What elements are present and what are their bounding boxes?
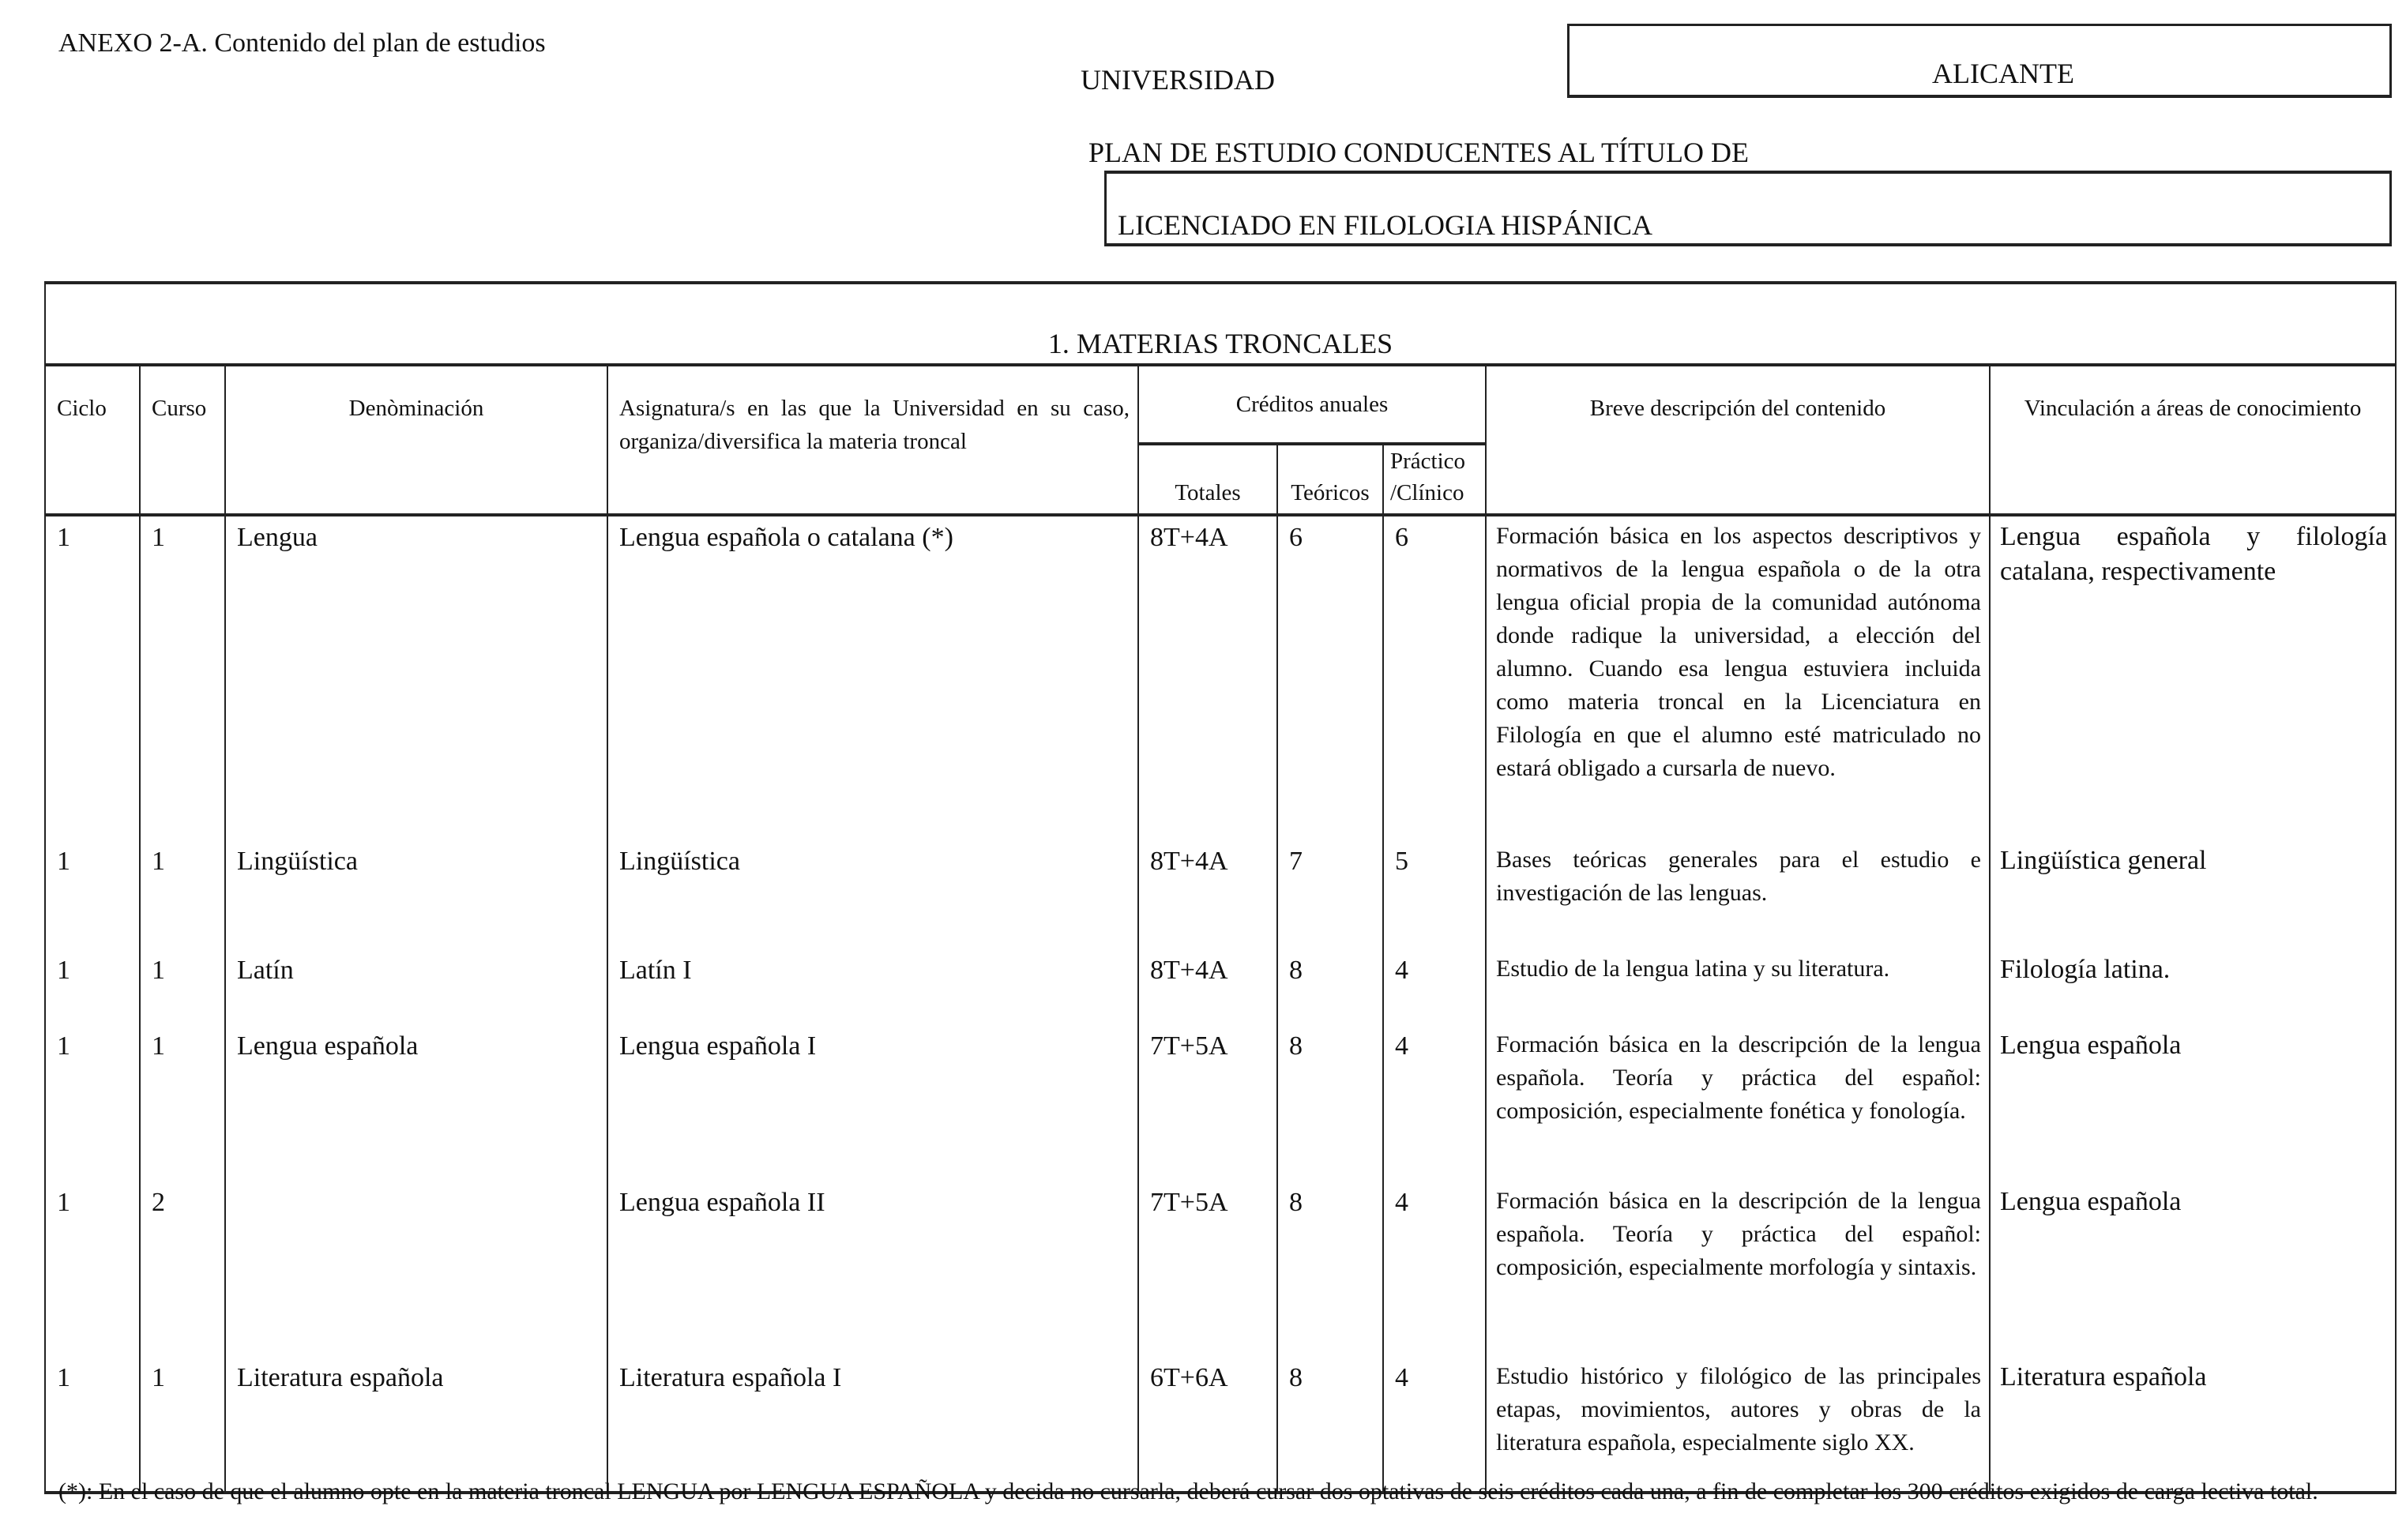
column-header-practico: Práctico/Clínico [1383, 444, 1486, 515]
cell-curso: 1 [140, 1025, 225, 1181]
table-row: 11Lengua españolaLengua española I7T+5A8… [45, 1025, 2396, 1181]
cell-vinculacion: Lengua española y filología catalana, re… [1990, 515, 2396, 840]
degree-title-field: LICENCIADO EN FILOLOGIA HISPÁNICA [1104, 171, 2392, 246]
column-header-ciclo: Ciclo [45, 365, 140, 515]
cell-teoricos: 8 [1277, 949, 1383, 1025]
annex-title: ANEXO 2-A. Contenido del plan de estudio… [58, 28, 546, 58]
cell-ciclo: 1 [45, 1357, 140, 1493]
table-row: 11LenguaLengua española o catalana (*)8T… [45, 515, 2396, 840]
cell-descripcion: Estudio histórico y filológico de las pr… [1486, 1357, 1990, 1493]
cell-descripcion: Bases teóricas generales para el estudio… [1486, 840, 1990, 949]
cell-descripcion: Formación básica en los aspectos descrip… [1486, 515, 1990, 840]
cell-asignatura: Literatura española I [607, 1357, 1138, 1493]
cell-ciclo: 1 [45, 949, 140, 1025]
curriculum-table: 1. MATERIAS TRONCALES Ciclo Curso Denòmi… [44, 281, 2397, 1494]
practico-line1: Práctico [1390, 449, 1465, 474]
cell-vinculacion: Literatura española [1990, 1357, 2396, 1493]
cell-totales: 8T+4A [1138, 949, 1277, 1025]
cell-totales: 6T+6A [1138, 1357, 1277, 1493]
cell-descripcion: Formación básica en la descripción de la… [1486, 1025, 1990, 1181]
column-header-teoricos: Teóricos [1277, 444, 1383, 515]
cell-asignatura: Lengua española I [607, 1025, 1138, 1181]
table-row: 11Literatura españolaLiteratura española… [45, 1357, 2396, 1493]
section-title: 1. MATERIAS TRONCALES [45, 283, 2396, 365]
cell-curso: 1 [140, 840, 225, 949]
cell-teoricos: 6 [1277, 515, 1383, 840]
cell-practicos: 6 [1383, 515, 1486, 840]
cell-practicos: 5 [1383, 840, 1486, 949]
cell-denominacion: Lengua española [225, 1025, 607, 1181]
cell-totales: 7T+5A [1138, 1025, 1277, 1181]
university-value: ALICANTE [1570, 57, 2389, 90]
cell-asignatura: Lengua española o catalana (*) [607, 515, 1138, 840]
cell-curso: 1 [140, 1357, 225, 1493]
cell-curso: 2 [140, 1181, 225, 1357]
cell-ciclo: 1 [45, 515, 140, 840]
curriculum-table-container: 1. MATERIAS TRONCALES Ciclo Curso Denòmi… [44, 281, 2395, 1494]
cell-curso: 1 [140, 515, 225, 840]
cell-teoricos: 8 [1277, 1357, 1383, 1493]
cell-denominacion: Literatura española [225, 1357, 607, 1493]
table-row: 11LatínLatín I8T+4A84Estudio de la lengu… [45, 949, 2396, 1025]
cell-totales: 8T+4A [1138, 840, 1277, 949]
cell-curso: 1 [140, 949, 225, 1025]
practico-line2: /Clínico [1390, 480, 1464, 505]
cell-vinculacion: Lingüística general [1990, 840, 2396, 949]
cell-asignatura: Latín I [607, 949, 1138, 1025]
cell-asignatura: Lingüística [607, 840, 1138, 949]
table-row: 12Lengua española II7T+5A84Formación bás… [45, 1181, 2396, 1357]
cell-descripcion: Estudio de la lengua latina y su literat… [1486, 949, 1990, 1025]
column-header-totales: Totales [1138, 444, 1277, 515]
cell-denominacion: Latín [225, 949, 607, 1025]
cell-vinculacion: Lengua española [1990, 1025, 2396, 1181]
cell-teoricos: 8 [1277, 1025, 1383, 1181]
column-header-vinculacion: Vinculación a áreas de conocimiento [1990, 365, 2396, 515]
cell-practicos: 4 [1383, 949, 1486, 1025]
column-header-curso: Curso [140, 365, 225, 515]
cell-teoricos: 7 [1277, 840, 1383, 949]
cell-ciclo: 1 [45, 1025, 140, 1181]
cell-asignatura: Lengua española II [607, 1181, 1138, 1357]
cell-ciclo: 1 [45, 1181, 140, 1357]
cell-denominacion: Lingüística [225, 840, 607, 949]
column-header-descripcion: Breve descripción del contenido [1486, 365, 1990, 515]
table-body: 11LenguaLengua española o catalana (*)8T… [45, 515, 2396, 1493]
cell-denominacion [225, 1181, 607, 1357]
cell-descripcion: Formación básica en la descripción de la… [1486, 1181, 1990, 1357]
footnote: (*): En el caso de que el alumno opte en… [58, 1475, 2389, 1508]
cell-teoricos: 8 [1277, 1181, 1383, 1357]
column-header-asignaturas: Asignatura/s en las que la Universidad e… [607, 365, 1138, 515]
cell-totales: 7T+5A [1138, 1181, 1277, 1357]
degree-title: LICENCIADO EN FILOLOGIA HISPÁNICA [1118, 208, 1652, 242]
column-header-denominacion: Denòminación [225, 365, 607, 515]
university-field: ALICANTE [1567, 24, 2392, 98]
cell-vinculacion: Filología latina. [1990, 949, 2396, 1025]
plan-label: PLAN DE ESTUDIO CONDUCENTES AL TÍTULO DE [1088, 136, 1749, 169]
cell-practicos: 4 [1383, 1357, 1486, 1493]
cell-denominacion: Lengua [225, 515, 607, 840]
cell-practicos: 4 [1383, 1181, 1486, 1357]
table-row: 11LingüísticaLingüística8T+4A75Bases teó… [45, 840, 2396, 949]
university-label: UNIVERSIDAD [1081, 63, 1275, 96]
cell-practicos: 4 [1383, 1025, 1486, 1181]
cell-totales: 8T+4A [1138, 515, 1277, 840]
column-header-creditos: Créditos anuales [1138, 365, 1486, 444]
cell-ciclo: 1 [45, 840, 140, 949]
cell-vinculacion: Lengua española [1990, 1181, 2396, 1357]
